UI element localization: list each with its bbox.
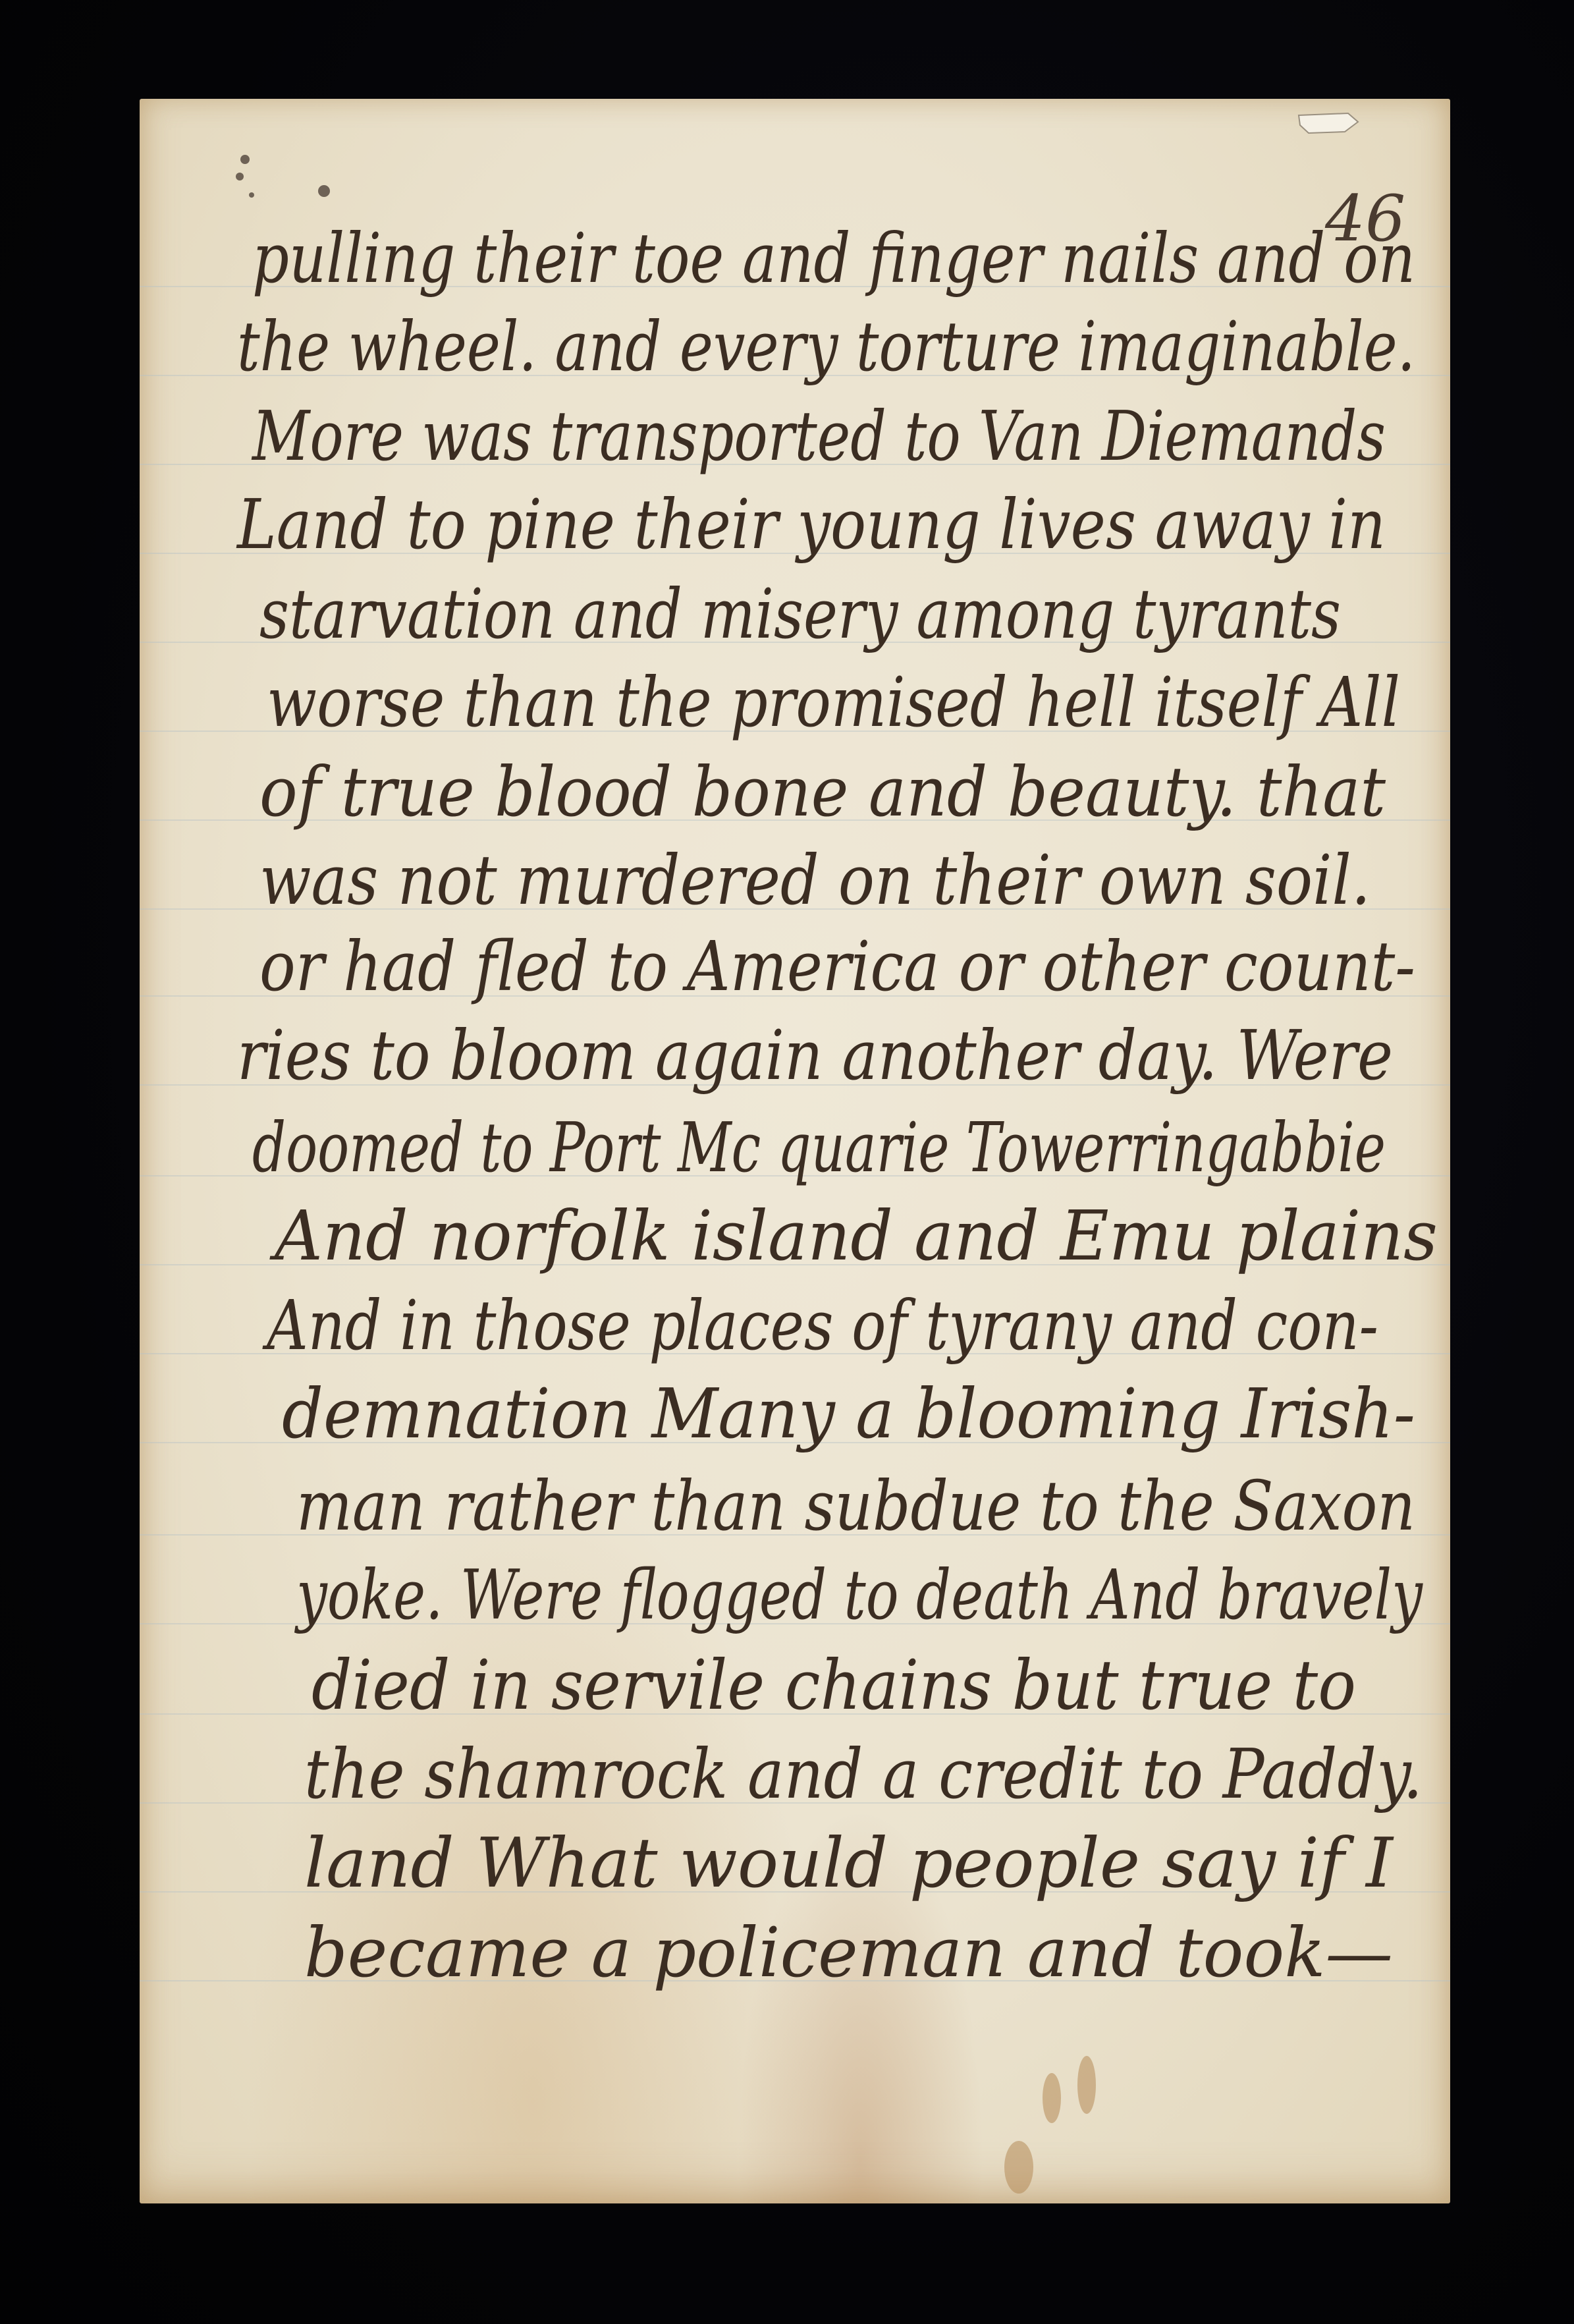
manuscript-line-17: died in servile chains but true to (312, 1645, 1356, 1725)
manuscript-line-16: yoke. Were flogged to death And bravely (294, 1555, 1423, 1635)
manuscript-page: 46 pulling their toe and finger nails an… (140, 99, 1450, 2203)
manuscript-line-10: ries to bloom again another day. Were (237, 1015, 1393, 1095)
manuscript-line-20: became a policeman and took— (304, 1912, 1393, 1993)
manuscript-line-5: starvation and misery among tyrants (259, 574, 1341, 654)
manuscript-line-2: the wheel. and every torture imaginable. (237, 306, 1415, 387)
manuscript-line-3: More was transported to Van Diemands (251, 396, 1386, 476)
manuscript-canvas: 46 pulling their toe and finger nails an… (140, 99, 1450, 2203)
manuscript-line-15: man rather than subdue to the Saxon (296, 1466, 1415, 1546)
manuscript-line-19: land What would people say if I (304, 1823, 1394, 1903)
manuscript-line-6: worse than the promised hell itself All (267, 662, 1400, 742)
paper-tear (1299, 113, 1358, 133)
manuscript-line-18: the shamrock and a credit to Paddy. (304, 1734, 1423, 1814)
manuscript-line-1: pulling their toe and finger nails and o… (252, 218, 1415, 298)
manuscript-line-4: Land to pine their young lives away in (236, 484, 1386, 565)
manuscript-line-13: And in those places of tyrany and con- (262, 1285, 1378, 1366)
manuscript-line-14: demnation Many a blooming Irish- (282, 1373, 1415, 1454)
manuscript-line-11: doomed to Port Mc quarie Towerringabbie (252, 1107, 1386, 1188)
manuscript-line-8: was not murdered on their own soil. (259, 840, 1370, 920)
manuscript-line-7: of true blood bone and beauty. that (259, 752, 1386, 832)
manuscript-line-9: or had fled to America or other count- (259, 926, 1415, 1007)
manuscript-line-12: And norfolk island and Emu plains (269, 1196, 1438, 1276)
